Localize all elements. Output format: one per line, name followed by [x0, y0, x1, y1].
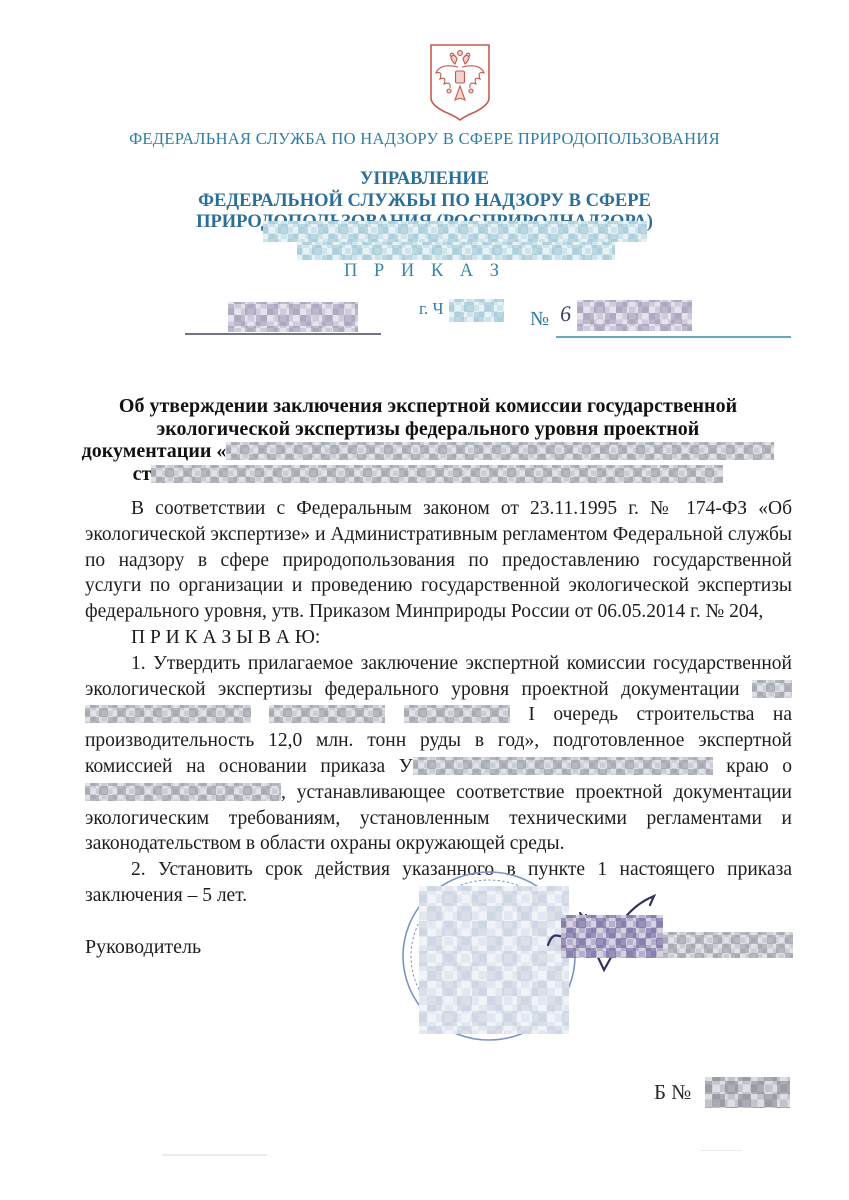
order-title: Об утверждении заключения экспертной ком… [70, 395, 786, 485]
redaction-department-2 [297, 242, 615, 260]
redaction-title-1 [226, 442, 774, 460]
redaction-item1-d [404, 705, 510, 723]
redaction-blank-number [705, 1077, 790, 1108]
title-line2: экологической экспертизы федерального ур… [70, 418, 786, 441]
scanned-order-document: ФЕДЕРАЛЬНАЯ СЛУЖБА ПО НАДЗОРУ В СФЕРЕ ПР… [0, 0, 849, 1200]
agency-name: ФЕДЕРАЛЬНАЯ СЛУЖБА ПО НАДЗОРУ В СФЕРЕ ПР… [0, 129, 849, 149]
signer-role: Руководитель [85, 936, 201, 959]
order-body: В соответствии с Федеральным законом от … [85, 496, 792, 909]
paragraph-verb: П Р И К А З Ы В А Ю: [85, 625, 792, 651]
title-line1: Об утверждении заключения экспертной ком… [70, 395, 786, 418]
date-underline [185, 333, 381, 335]
document-type-heading: П Р И К А З [0, 261, 849, 282]
coat-of-arms-icon [427, 42, 493, 124]
city-prefix: г. Ч [419, 299, 444, 319]
title-line3: документации « [70, 440, 786, 463]
department-line2: ФЕДЕРАЛЬНОЙ СЛУЖБЫ ПО НАДЗОРУ В СФЕРЕ [0, 191, 849, 213]
redaction-date [228, 302, 358, 332]
redaction-item1-b [85, 705, 251, 723]
redaction-item1-f [85, 783, 281, 801]
redaction-number [577, 300, 692, 331]
number-ink-digit: 6 [559, 301, 572, 328]
redaction-city [449, 299, 504, 322]
title-line4-prefix: ст [133, 463, 152, 485]
title-line4: ст [70, 463, 786, 486]
title-line3-prefix: документации « [82, 440, 227, 462]
number-underline [556, 336, 791, 338]
item1-text-3: краю о [726, 756, 792, 777]
scan-speck [162, 1154, 267, 1156]
number-label: № [530, 308, 549, 331]
department-line1: УПРАВЛЕНИЕ [0, 169, 849, 191]
paragraph-preamble: В соответствии с Федеральным законом от … [85, 496, 792, 625]
redaction-signature [561, 915, 663, 958]
redaction-department-1 [263, 221, 647, 242]
blank-series-label: Б № [654, 1080, 691, 1105]
redaction-item1-c [269, 705, 385, 723]
redaction-title-2 [151, 465, 723, 483]
paragraph-item1: 1. Утвердить прилагаемое заключение эксп… [85, 651, 792, 857]
redaction-item1-a [752, 680, 792, 698]
redaction-item1-e [413, 757, 713, 775]
scan-speck [700, 1150, 742, 1151]
item1-text-1: 1. Утвердить прилагаемое заключение эксп… [85, 653, 792, 700]
redaction-signer-name [663, 932, 793, 958]
